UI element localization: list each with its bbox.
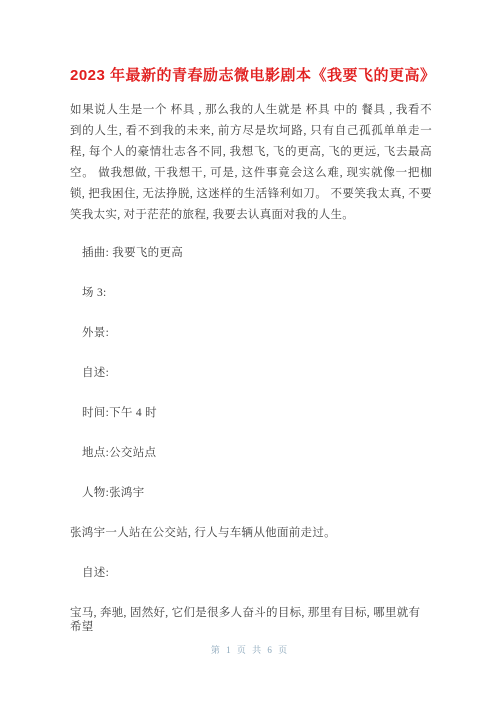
- script-line-narration-label: 自述:: [70, 366, 432, 380]
- script-line-exterior: 外景:: [70, 326, 432, 340]
- script-line-monologue: 宝马, 奔驰, 固然好, 它们是很多人奋斗的目标, 那里有目标, 哪里就有希望: [70, 606, 432, 634]
- script-line-interlude: 插曲: 我要飞的更高: [70, 246, 432, 260]
- document-page: 2023 年最新的青春励志微电影剧本《我要飞的更高》 如果说人生是一个 杯具 ,…: [0, 0, 500, 707]
- script-line-location: 地点:公交站点: [70, 446, 432, 460]
- intro-paragraph: 如果说人生是一个 杯具 , 那么我的人生就是 杯具 中的 餐具 , 我看不到的人…: [70, 100, 432, 226]
- document-content: 2023 年最新的青春励志微电影剧本《我要飞的更高》 如果说人生是一个 杯具 ,…: [0, 0, 500, 634]
- script-line-action: 张鸿宇一人站在公交站, 行人与车辆从他面前走过。: [70, 526, 432, 540]
- page-footer: 第 1 页 共 6 页: [0, 640, 500, 658]
- script-line-scene: 场 3:: [70, 286, 432, 300]
- script-line-time: 时间:下午 4 时: [70, 406, 432, 420]
- document-title: 2023 年最新的青春励志微电影剧本《我要飞的更高》: [70, 0, 432, 87]
- script-line-narration-label-2: 自述:: [70, 566, 432, 580]
- page-number-indicator: 第 1 页 共 6 页: [211, 645, 289, 655]
- script-line-character: 人物:张鸿宇: [70, 486, 432, 500]
